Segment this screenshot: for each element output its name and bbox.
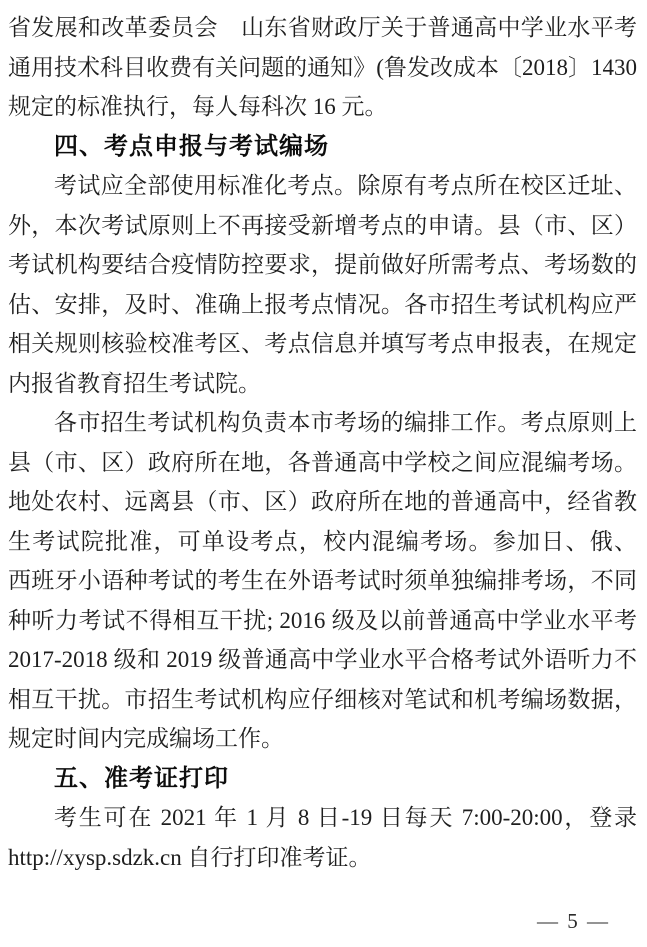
document-page: 省发展和改革委员会 山东省财政厅关于普通高中学业水平考试 通用技术科目收费有关问… [0, 0, 647, 947]
text-line: 通用技术科目收费有关问题的通知》(鲁发改成本〔2018〕1430 号） [8, 48, 637, 88]
page-number: — 5 — [537, 909, 610, 934]
text-line: 规定的标准执行，每人每科次 16 元。 [8, 87, 637, 127]
text-line: 相互干扰。市招生考试机构应仔细核对笔试和机考编场数据，并在 [8, 680, 637, 720]
text-line: 种听力考试不得相互干扰; 2016 级及以前普通高中学业水平考试、 [8, 601, 637, 641]
text-line: 生考试院批准，可单设考点，校内混编考场。参加日、俄、法、德、 [8, 522, 637, 562]
text-line: 规定时间内完成编场工作。 [8, 719, 637, 759]
text-line: 外，本次考试原则上不再接受新增考点的申请。县（市、区）招生 [8, 206, 637, 246]
text-line: 省发展和改革委员会 山东省财政厅关于普通高中学业水平考试 [8, 8, 637, 48]
text-line: http://xysp.sdzk.cn 自行打印准考证。 [8, 838, 637, 878]
text-line: 考试机构要结合疫情防控要求，提前做好所需考点、考场数的预 [8, 245, 637, 285]
section-heading-five: 五、准考证打印 [8, 759, 637, 799]
text-after-url: 自行打印准考证。 [182, 845, 372, 870]
section-heading-four: 四、考点申报与考试编场 [8, 127, 637, 167]
text-line: 各市招生考试机构负责本市考场的编排工作。考点原则上设在 [8, 403, 637, 443]
text-line: 2017-2018 级和 2019 级普通高中学业水平合格考试外语听力不得 [8, 640, 637, 680]
text-line: 估、安排，及时、准确上报考点情况。各市招生考试机构应严格按 [8, 285, 637, 325]
text-line: 考生可在 2021 年 1 月 8 日-19 日每天 7:00-20:00，登录 [8, 798, 637, 838]
text-line: 地处农村、远离县（市、区）政府所在地的普通高中，经省教育招 [8, 482, 637, 522]
document-body: 省发展和改革委员会 山东省财政厅关于普通高中学业水平考试 通用技术科目收费有关问… [0, 0, 647, 877]
text-line: 西班牙小语种考试的考生在外语考试时须单独编排考场，不同语 [8, 561, 637, 601]
text-line: 相关规则核验校准考区、考点信息并填写考点申报表，在规定时间 [8, 324, 637, 364]
url-text: http://xysp.sdzk.cn [8, 845, 182, 870]
text-line: 县（市、区）政府所在地，各普通高中学校之间应混编考场。个别 [8, 443, 637, 483]
text-line: 内报省教育招生考试院。 [8, 364, 637, 404]
text-line: 考试应全部使用标准化考点。除原有考点所在校区迁址、改造 [8, 166, 637, 206]
